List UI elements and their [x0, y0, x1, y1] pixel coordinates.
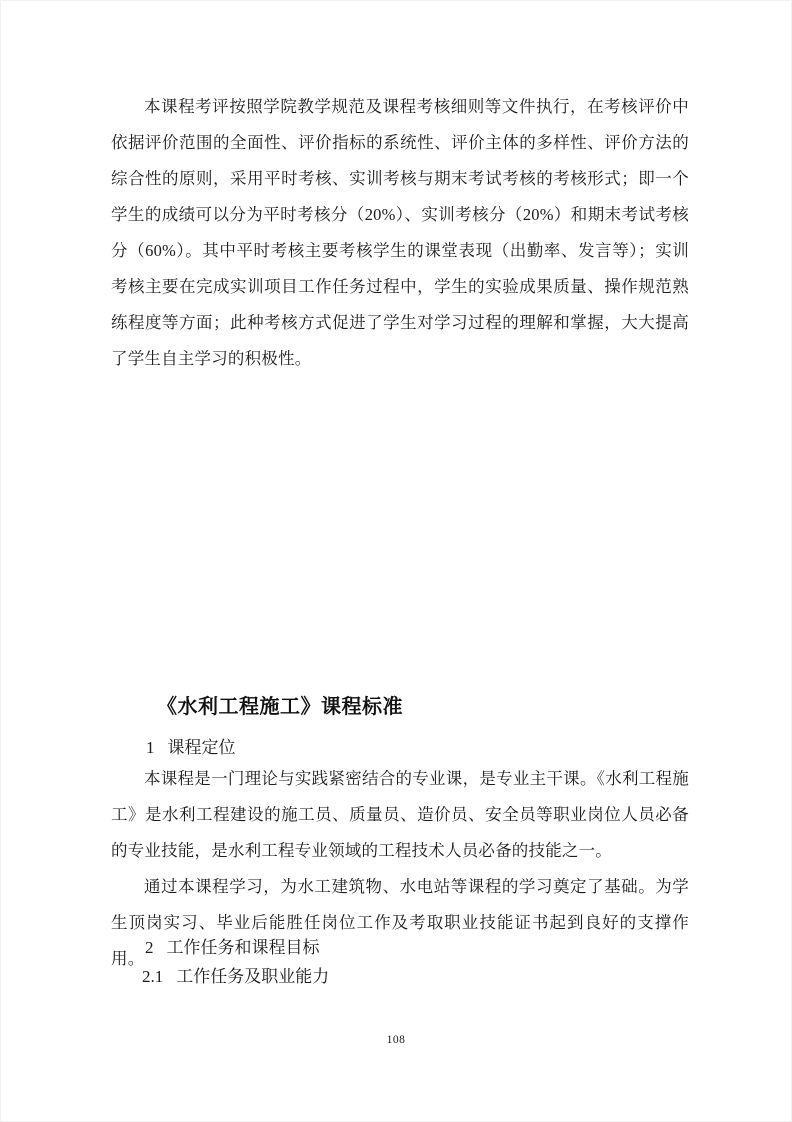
section-1-paragraph-2: 通过本课程学习，为水工建筑物、水电站等课程的学习奠定了基础。为学生顶岗实习、毕业… [111, 869, 689, 977]
assessment-paragraph: 本课程考评按照学院教学规范及课程考核细则等文件执行，在考核评价中依据评价范围的全… [111, 89, 689, 377]
section-2-title: 工作任务和课程目标 [167, 938, 320, 957]
section-1-title: 课程定位 [168, 738, 236, 757]
section-2-1-heading: 2.1工作任务及职业能力 [142, 966, 329, 988]
section-1-number: 1 [146, 737, 155, 759]
section-2-heading: 2工作任务和课程目标 [145, 937, 320, 959]
section-1-paragraph-1: 本课程是一门理论与实践紧密结合的专业课，是专业主干课。《水利工程施工》是水利工程… [111, 761, 689, 869]
document-page: 本课程考评按照学院教学规范及课程考核细则等文件执行，在考核评价中依据评价范围的全… [0, 0, 792, 1122]
section-1-heading: 1课程定位 [146, 737, 236, 759]
page-number: 108 [0, 1033, 792, 1047]
section-2-1-title: 工作任务及职业能力 [176, 967, 329, 986]
section-2-1-number: 2.1 [142, 966, 163, 988]
course-standard-title: 《水利工程施工》课程标准 [157, 694, 403, 720]
section-2-number: 2 [145, 937, 154, 959]
